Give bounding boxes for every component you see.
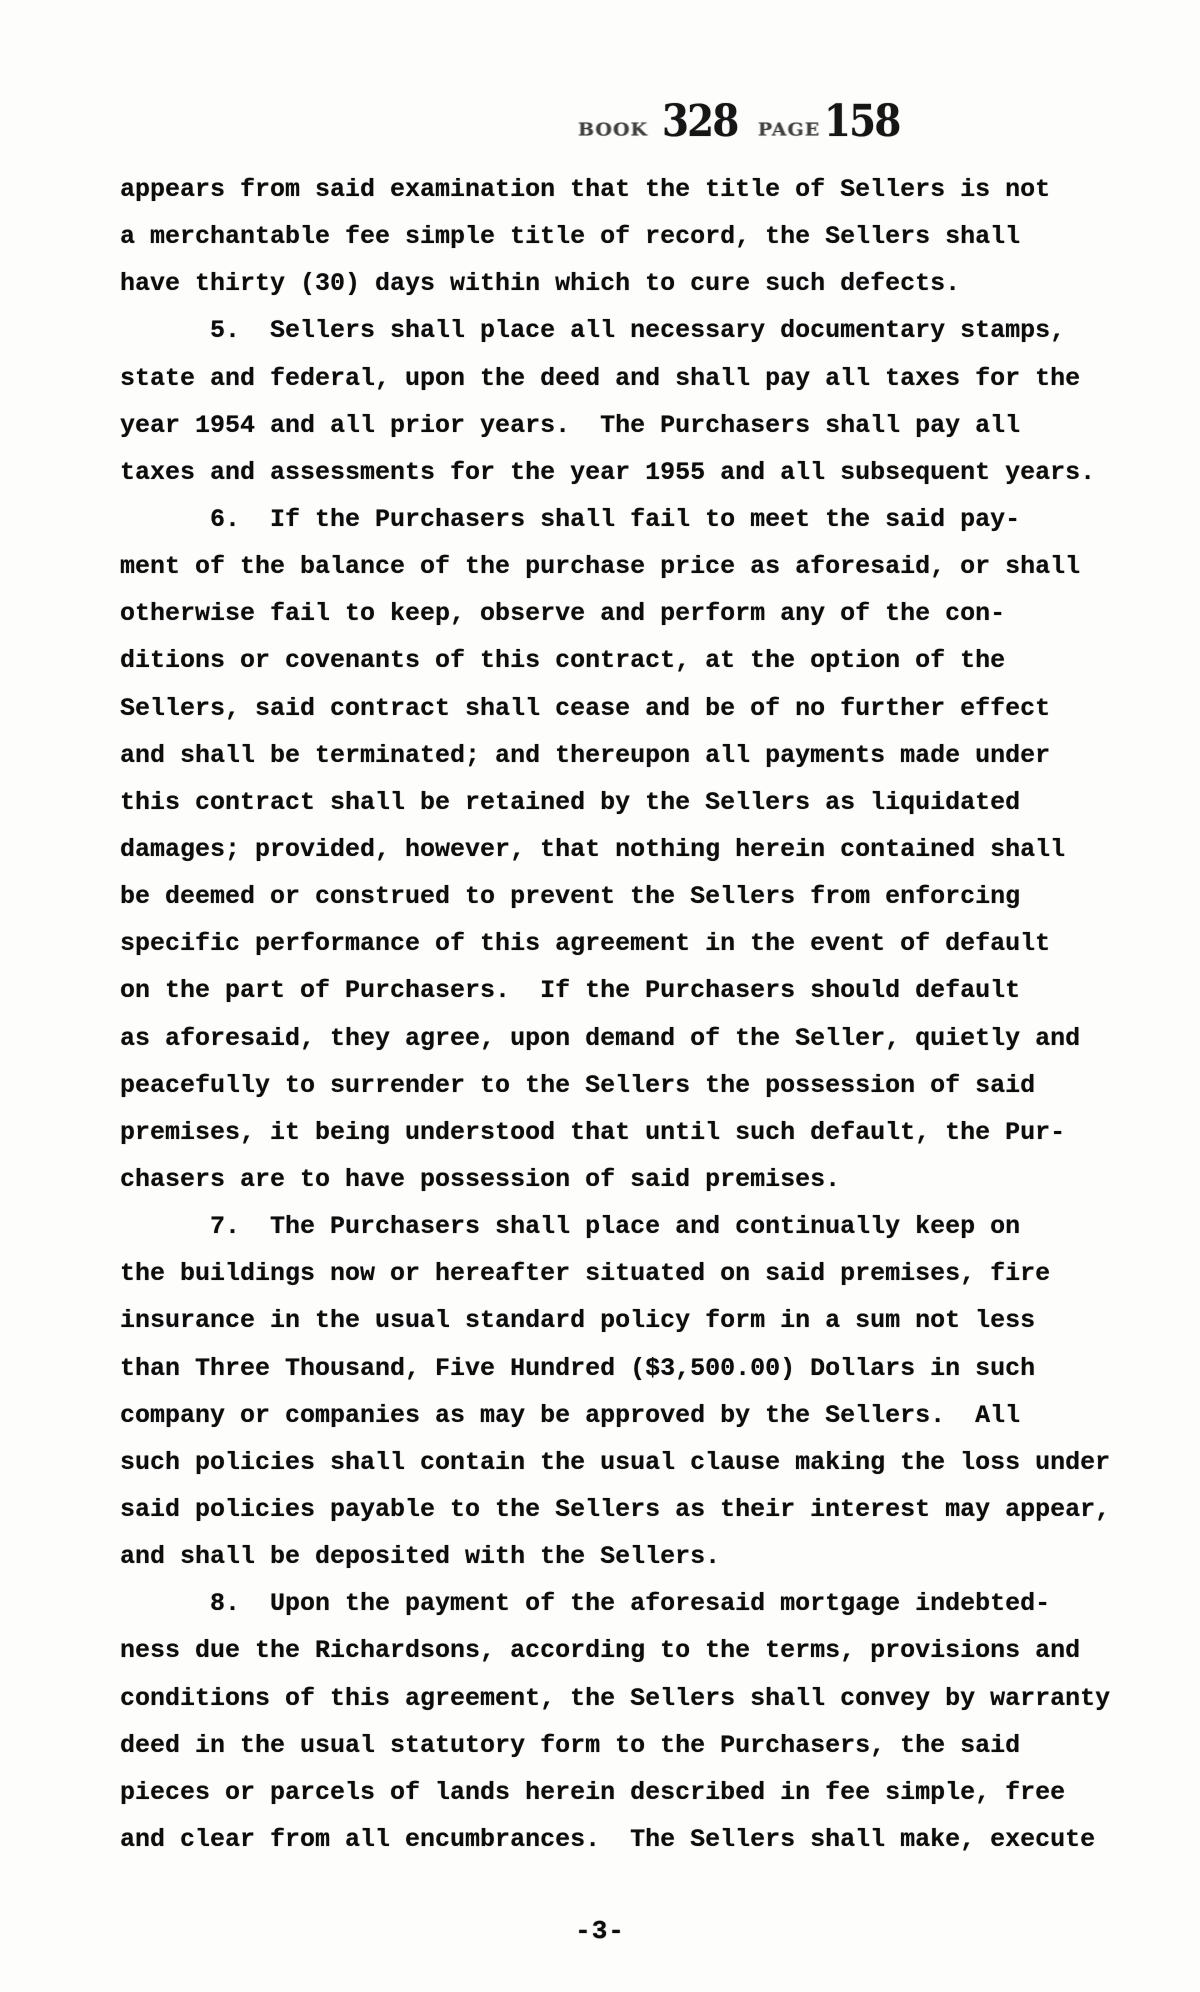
document-line: and shall be deposited with the Sellers. xyxy=(120,1533,1180,1580)
document-line: specific performance of this agreement i… xyxy=(120,920,1180,967)
document-line: a merchantable fee simple title of recor… xyxy=(120,213,1180,260)
document-line: such policies shall contain the usual cl… xyxy=(120,1439,1180,1486)
book-number: 328 xyxy=(662,96,738,147)
document-line: 7. The Purchasers shall place and contin… xyxy=(120,1203,1180,1250)
document-page: BOOK 328 PAGE 158 appears from said exam… xyxy=(0,0,1200,1992)
document-line: insurance in the usual standard policy f… xyxy=(120,1297,1180,1344)
document-line: Sellers, said contract shall cease and b… xyxy=(120,685,1180,732)
document-line: ment of the balance of the purchase pric… xyxy=(120,543,1180,590)
document-line: pieces or parcels of lands herein descri… xyxy=(120,1769,1180,1816)
document-line: year 1954 and all prior years. The Purch… xyxy=(120,402,1180,449)
document-line: ness due the Richardsons, according to t… xyxy=(120,1627,1180,1674)
document-line: have thirty (30) days within which to cu… xyxy=(120,260,1180,307)
document-line: 8. Upon the payment of the aforesaid mor… xyxy=(120,1580,1180,1627)
document-line: chasers are to have possession of said p… xyxy=(120,1156,1180,1203)
document-line: the buildings now or hereafter situated … xyxy=(120,1250,1180,1297)
document-line: ditions or covenants of this contract, a… xyxy=(120,637,1180,684)
document-line: and clear from all encumbrances. The Sel… xyxy=(120,1816,1180,1863)
document-line: conditions of this agreement, the Seller… xyxy=(120,1675,1180,1722)
document-line: and shall be terminated; and thereupon a… xyxy=(120,732,1180,779)
document-line: peacefully to surrender to the Sellers t… xyxy=(120,1062,1180,1109)
document-line: 6. If the Purchasers shall fail to meet … xyxy=(120,496,1180,543)
book-label: BOOK xyxy=(578,120,648,141)
document-line: deed in the usual statutory form to the … xyxy=(120,1722,1180,1769)
page-number-footer: -3- xyxy=(0,1916,1200,1946)
document-line: this contract shall be retained by the S… xyxy=(120,779,1180,826)
document-line: premises, it being understood that until… xyxy=(120,1109,1180,1156)
document-line: 5. Sellers shall place all necessary doc… xyxy=(120,307,1180,354)
document-line: than Three Thousand, Five Hundred ($3,50… xyxy=(120,1345,1180,1392)
document-line: company or companies as may be approved … xyxy=(120,1392,1180,1439)
document-line: taxes and assessments for the year 1955 … xyxy=(120,449,1180,496)
document-line: as aforesaid, they agree, upon demand of… xyxy=(120,1015,1180,1062)
document-line: on the part of Purchasers. If the Purcha… xyxy=(120,967,1180,1014)
document-line: said policies payable to the Sellers as … xyxy=(120,1486,1180,1533)
document-line: be deemed or construed to prevent the Se… xyxy=(120,873,1180,920)
document-line: damages; provided, however, that nothing… xyxy=(120,826,1180,873)
document-line: otherwise fail to keep, observe and perf… xyxy=(120,590,1180,637)
page-number: 158 xyxy=(824,96,900,147)
page-label: PAGE xyxy=(758,120,820,141)
book-page-stamp: BOOK 328 PAGE 158 xyxy=(578,96,910,147)
document-line: appears from said examination that the t… xyxy=(120,166,1180,213)
document-body: appears from said examination that the t… xyxy=(120,166,1180,1863)
document-line: state and federal, upon the deed and sha… xyxy=(120,355,1180,402)
